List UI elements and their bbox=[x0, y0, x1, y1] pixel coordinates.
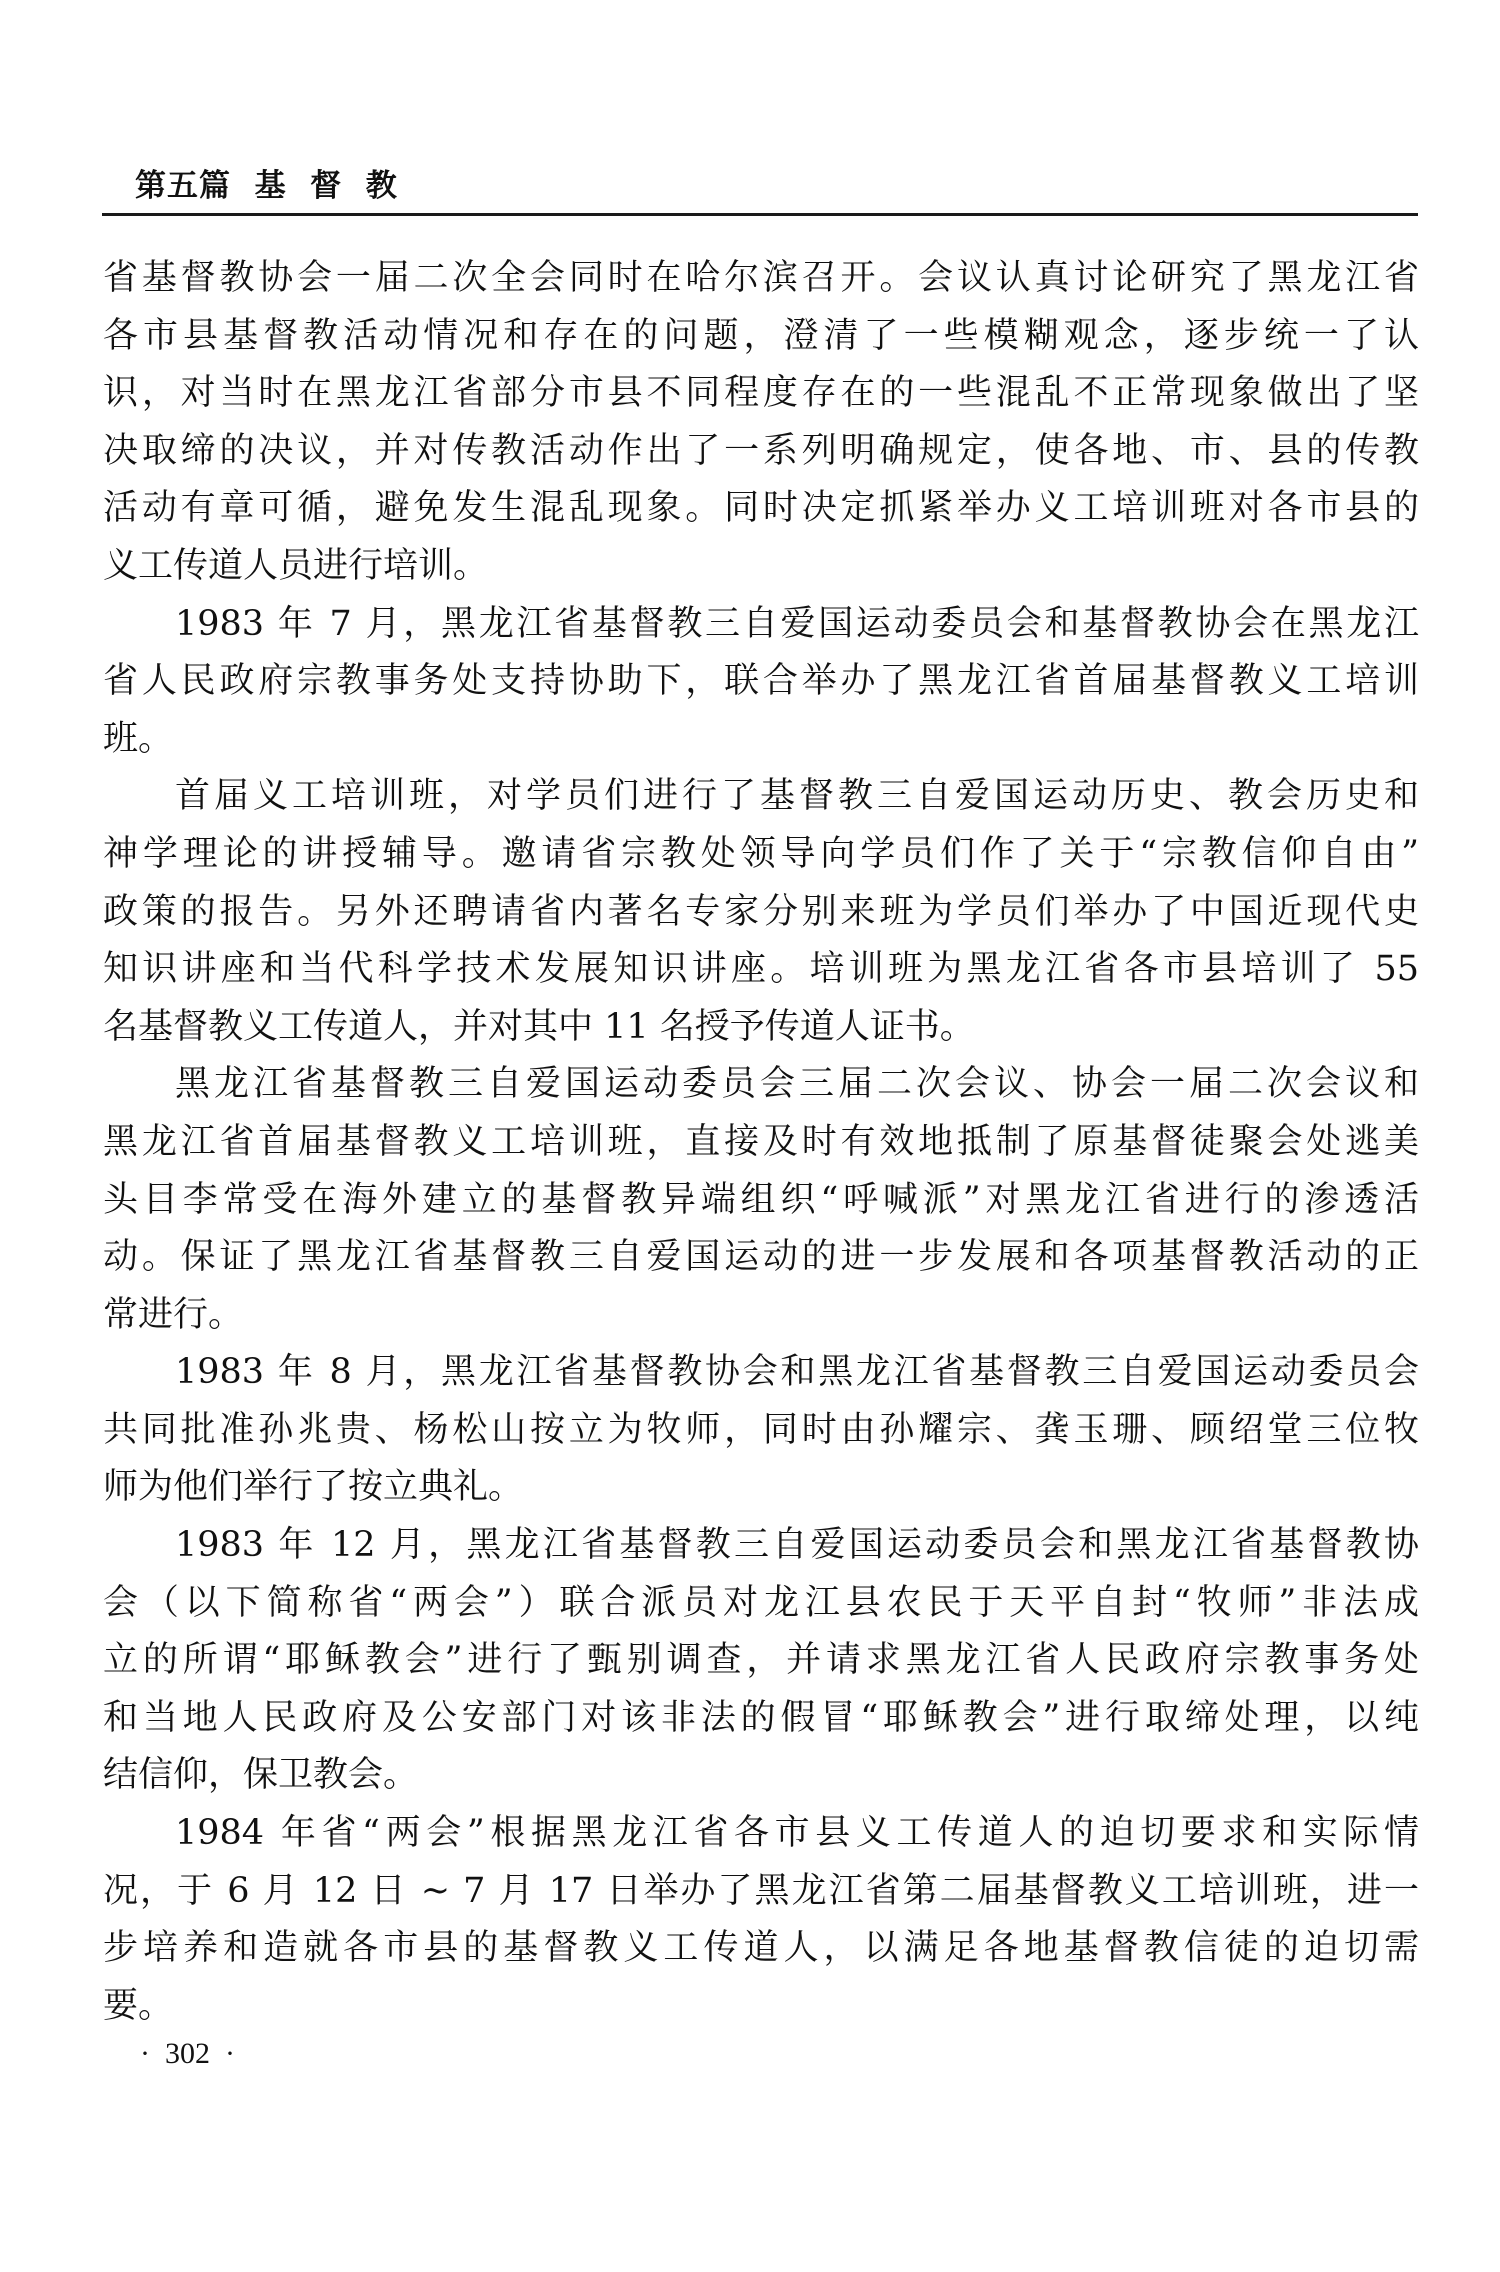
text-line: 1983 年 7 月，黑龙江省基督教三自爱国运动委员会和基督教协会在黑龙江 bbox=[103, 596, 1419, 654]
paragraph: 1983 年 8 月，黑龙江省基督教协会和黑龙江省基督教三自爱国运动委员会 共同… bbox=[103, 1344, 1419, 1517]
text-line: 况，于 6 月 12 日 ~ 7 月 17 日举办了黑龙江省第二届基督教义工培训… bbox=[103, 1863, 1419, 1921]
text-line: 黑龙江省基督教三自爱国运动委员会三届二次会议、协会一届二次会议和 bbox=[103, 1056, 1419, 1114]
paragraph: 黑龙江省基督教三自爱国运动委员会三届二次会议、协会一届二次会议和 黑龙江省首届基… bbox=[103, 1056, 1419, 1344]
text-line: 步培养和造就各市县的基督教义工传道人，以满足各地基督教信徒的迫切需 bbox=[103, 1920, 1419, 1978]
text-line: 立的所谓“耶稣教会”进行了甄别调查，并请求黑龙江省人民政府宗教事务处 bbox=[103, 1632, 1419, 1690]
paragraph: 1983 年 12 月，黑龙江省基督教三自爱国运动委员会和黑龙江省基督教协 会（… bbox=[103, 1517, 1419, 1805]
text-line: 神学理论的讲授辅导。邀请省宗教处领导向学员们作了关于“宗教信仰自由” bbox=[103, 826, 1419, 884]
text-line: 动。保证了黑龙江省基督教三自爱国运动的进一步发展和各项基督教活动的正 bbox=[103, 1229, 1419, 1287]
paragraph: 1983 年 7 月，黑龙江省基督教三自爱国运动委员会和基督教协会在黑龙江 省人… bbox=[103, 596, 1419, 769]
text-line: 识，对当时在黑龙江省部分市县不同程度存在的一些混乱不正常现象做出了坚 bbox=[103, 365, 1419, 423]
text-line: 结信仰，保卫教会。 bbox=[103, 1747, 1419, 1805]
text-line: 会（以下简称省“两会”）联合派员对龙江县农民于天平自封“牧师”非法成 bbox=[103, 1575, 1419, 1633]
paragraph: 首届义工培训班，对学员们进行了基督教三自爱国运动历史、教会历史和 神学理论的讲授… bbox=[103, 768, 1419, 1056]
text-line: 1984 年省“两会”根据黑龙江省各市县义工传道人的迫切要求和实际情 bbox=[103, 1805, 1419, 1863]
text-line: 各市县基督教活动情况和存在的问题，澄清了一些模糊观念，逐步统一了认 bbox=[103, 308, 1419, 366]
body-text: 省基督教协会一届二次全会同时在哈尔滨召开。会议认真讨论研究了黑龙江省 各市县基督… bbox=[103, 250, 1419, 2035]
paragraph: 省基督教协会一届二次全会同时在哈尔滨召开。会议认真讨论研究了黑龙江省 各市县基督… bbox=[103, 250, 1419, 596]
text-line: 知识讲座和当代科学技术发展知识讲座。培训班为黑龙江省各市县培训了 55 bbox=[103, 941, 1419, 999]
text-line: 和当地人民政府及公安部门对该非法的假冒“耶稣教会”进行取缔处理，以纯 bbox=[103, 1690, 1419, 1748]
text-line: 班。 bbox=[103, 711, 1419, 769]
text-line: 常进行。 bbox=[103, 1287, 1419, 1345]
header-rule bbox=[102, 213, 1418, 216]
text-line: 首届义工培训班，对学员们进行了基督教三自爱国运动历史、教会历史和 bbox=[103, 768, 1419, 826]
text-line: 活动有章可循，避免发生混乱现象。同时决定抓紧举办义工培训班对各市县的 bbox=[103, 480, 1419, 538]
text-line: 义工传道人员进行培训。 bbox=[103, 538, 1419, 596]
text-line: 省人民政府宗教事务处支持协助下，联合举办了黑龙江省首届基督教义工培训 bbox=[103, 653, 1419, 711]
text-line: 省基督教协会一届二次全会同时在哈尔滨召开。会议认真讨论研究了黑龙江省 bbox=[103, 250, 1419, 308]
text-line: 师为他们举行了按立典礼。 bbox=[103, 1459, 1419, 1517]
page-number: · 302 · bbox=[140, 2034, 235, 2074]
text-line: 头目李常受在海外建立的基督教异端组织“呼喊派”对黑龙江省进行的渗透活 bbox=[103, 1172, 1419, 1230]
text-line: 1983 年 8 月，黑龙江省基督教协会和黑龙江省基督教三自爱国运动委员会 bbox=[103, 1344, 1419, 1402]
paragraph: 1984 年省“两会”根据黑龙江省各市县义工传道人的迫切要求和实际情 况，于 6… bbox=[103, 1805, 1419, 2035]
text-line: 要。 bbox=[103, 1978, 1419, 2036]
text-line: 政策的报告。另外还聘请省内著名专家分别来班为学员们举办了中国近现代史 bbox=[103, 884, 1419, 942]
text-line: 黑龙江省首届基督教义工培训班，直接及时有效地抵制了原基督徒聚会处逃美 bbox=[103, 1114, 1419, 1172]
text-line: 共同批准孙兆贵、杨松山按立为牧师，同时由孙耀宗、龚玉珊、顾绍堂三位牧 bbox=[103, 1402, 1419, 1460]
text-line: 决取缔的决议，并对传教活动作出了一系列明确规定，使各地、市、县的传教 bbox=[103, 423, 1419, 481]
text-line: 1983 年 12 月，黑龙江省基督教三自爱国运动委员会和黑龙江省基督教协 bbox=[103, 1517, 1419, 1575]
running-head: 第五篇 基 督 教 bbox=[135, 166, 398, 206]
text-line: 名基督教义工传道人，并对其中 11 名授予传道人证书。 bbox=[103, 999, 1419, 1057]
